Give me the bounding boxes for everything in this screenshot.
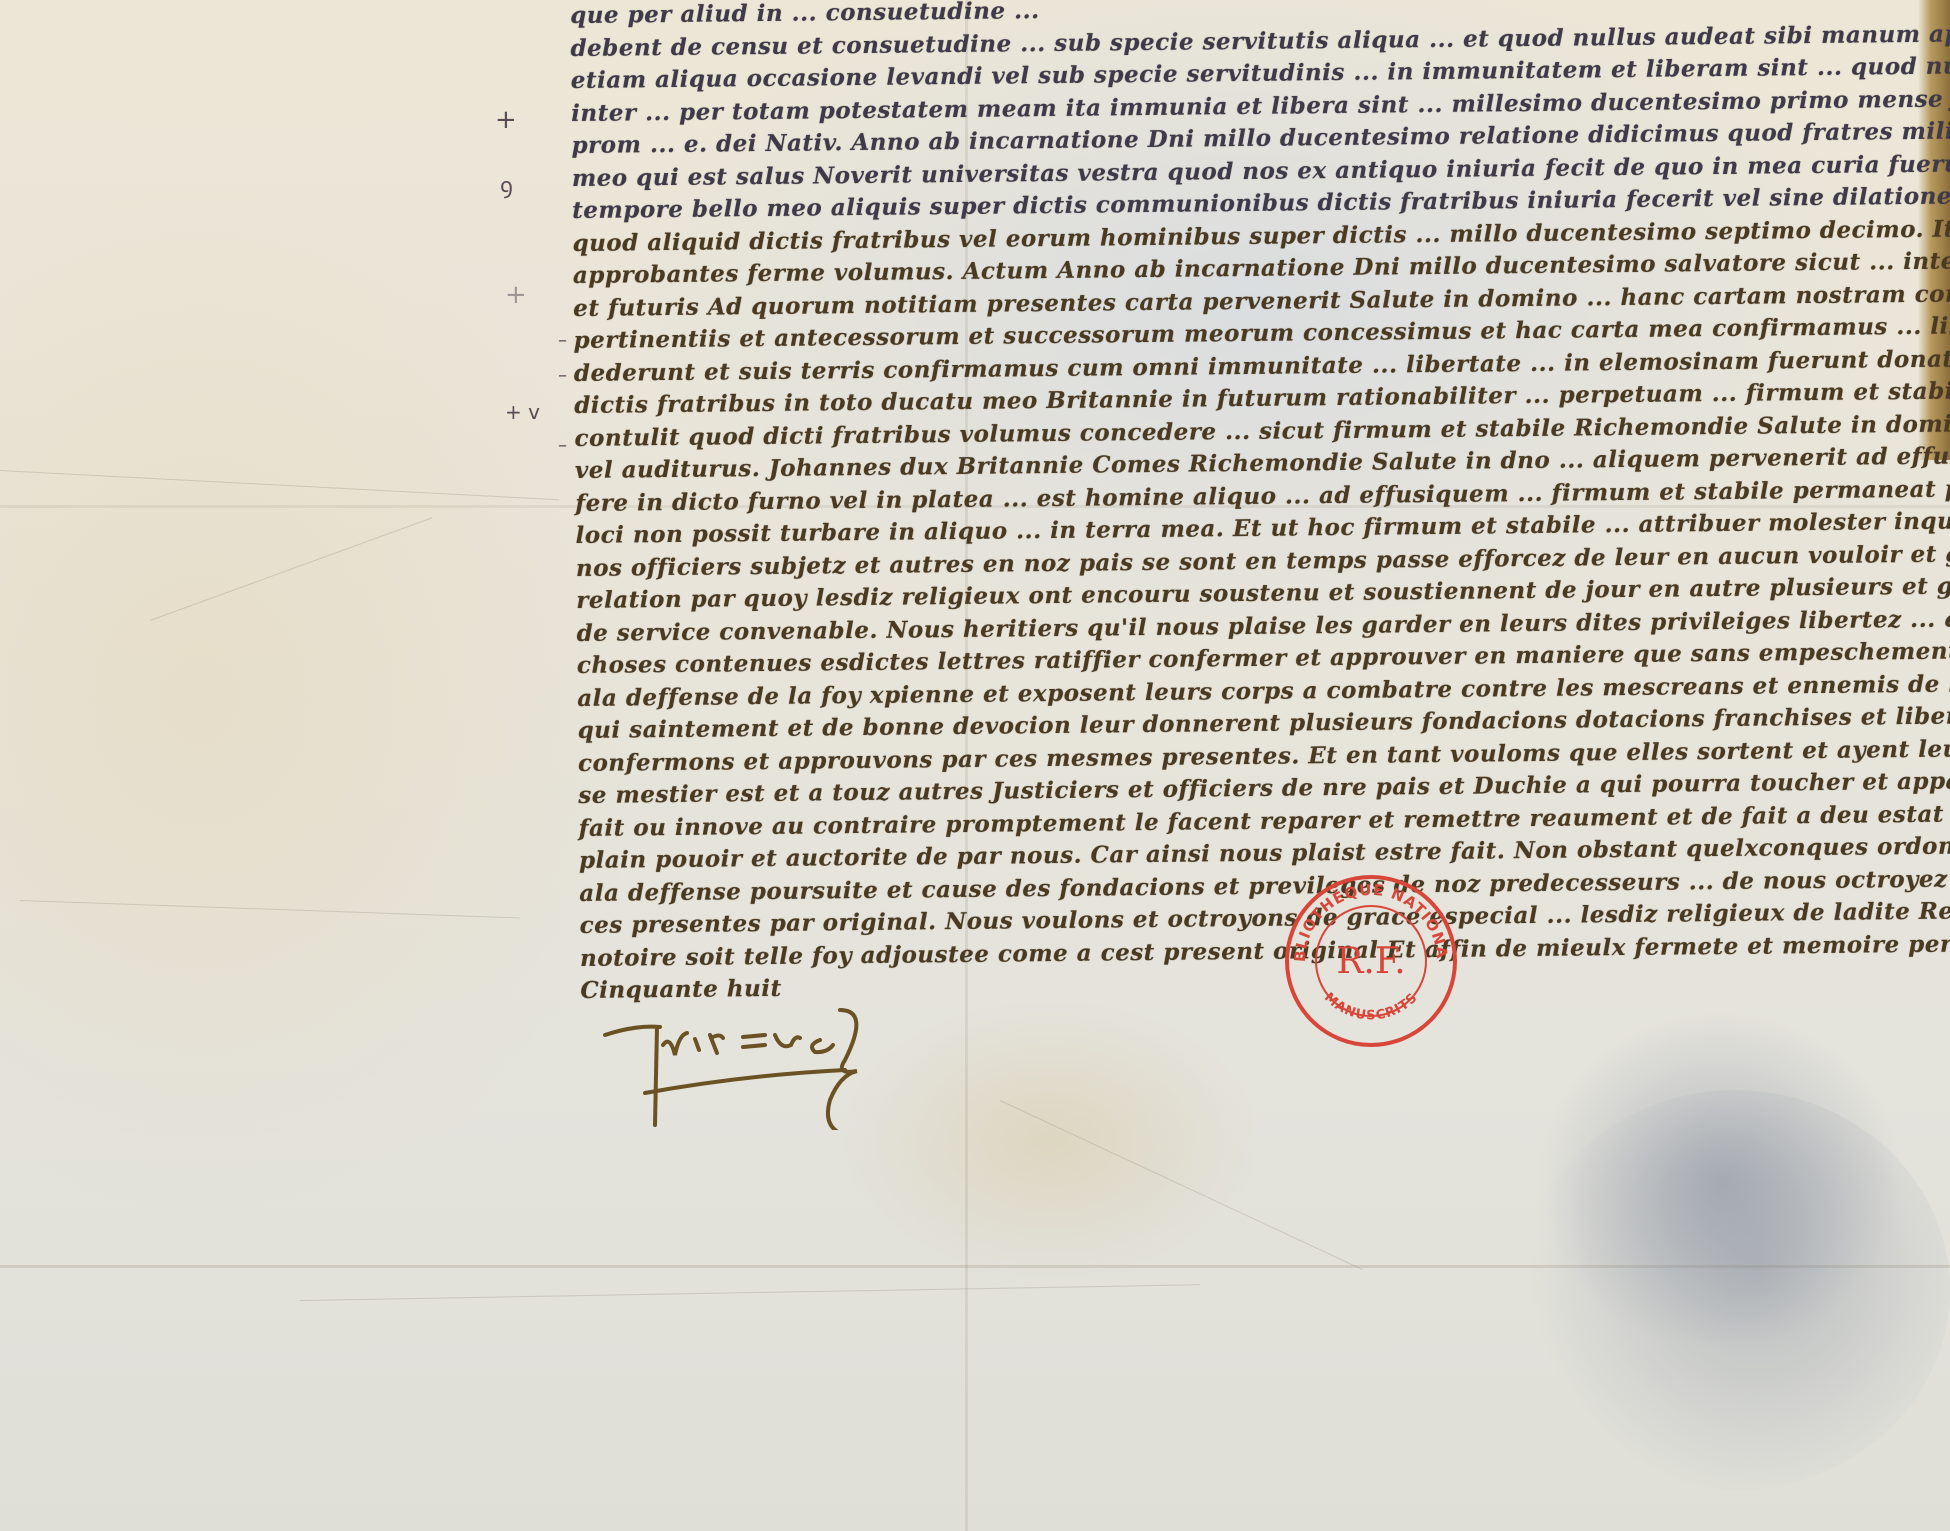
library-stamp: BIBLIOTHÈQUE NATIONALE MANUSCRITS R.F. <box>1283 873 1459 1049</box>
margin-dash-mark: – <box>558 435 567 456</box>
svg-text:MANUSCRITS: MANUSCRITS <box>1321 990 1421 1023</box>
margin-dash-mark: – <box>558 330 567 351</box>
margin-dash-mark: – <box>558 365 567 386</box>
margin-mark: ꝯ <box>500 170 513 200</box>
charter-text: que per aliud in ... consuetudine ... de… <box>570 0 1940 1007</box>
shadow <box>1520 1090 1950 1490</box>
margin-cross-mark: + <box>495 105 517 135</box>
signature: Pierres <box>595 1005 865 1130</box>
svg-text:R.F.: R.F. <box>1336 941 1405 982</box>
svg-text:Pierres: Pierres <box>730 1114 734 1116</box>
margin-cross-mark: + <box>505 280 527 310</box>
margin-mark: + v <box>505 400 540 424</box>
